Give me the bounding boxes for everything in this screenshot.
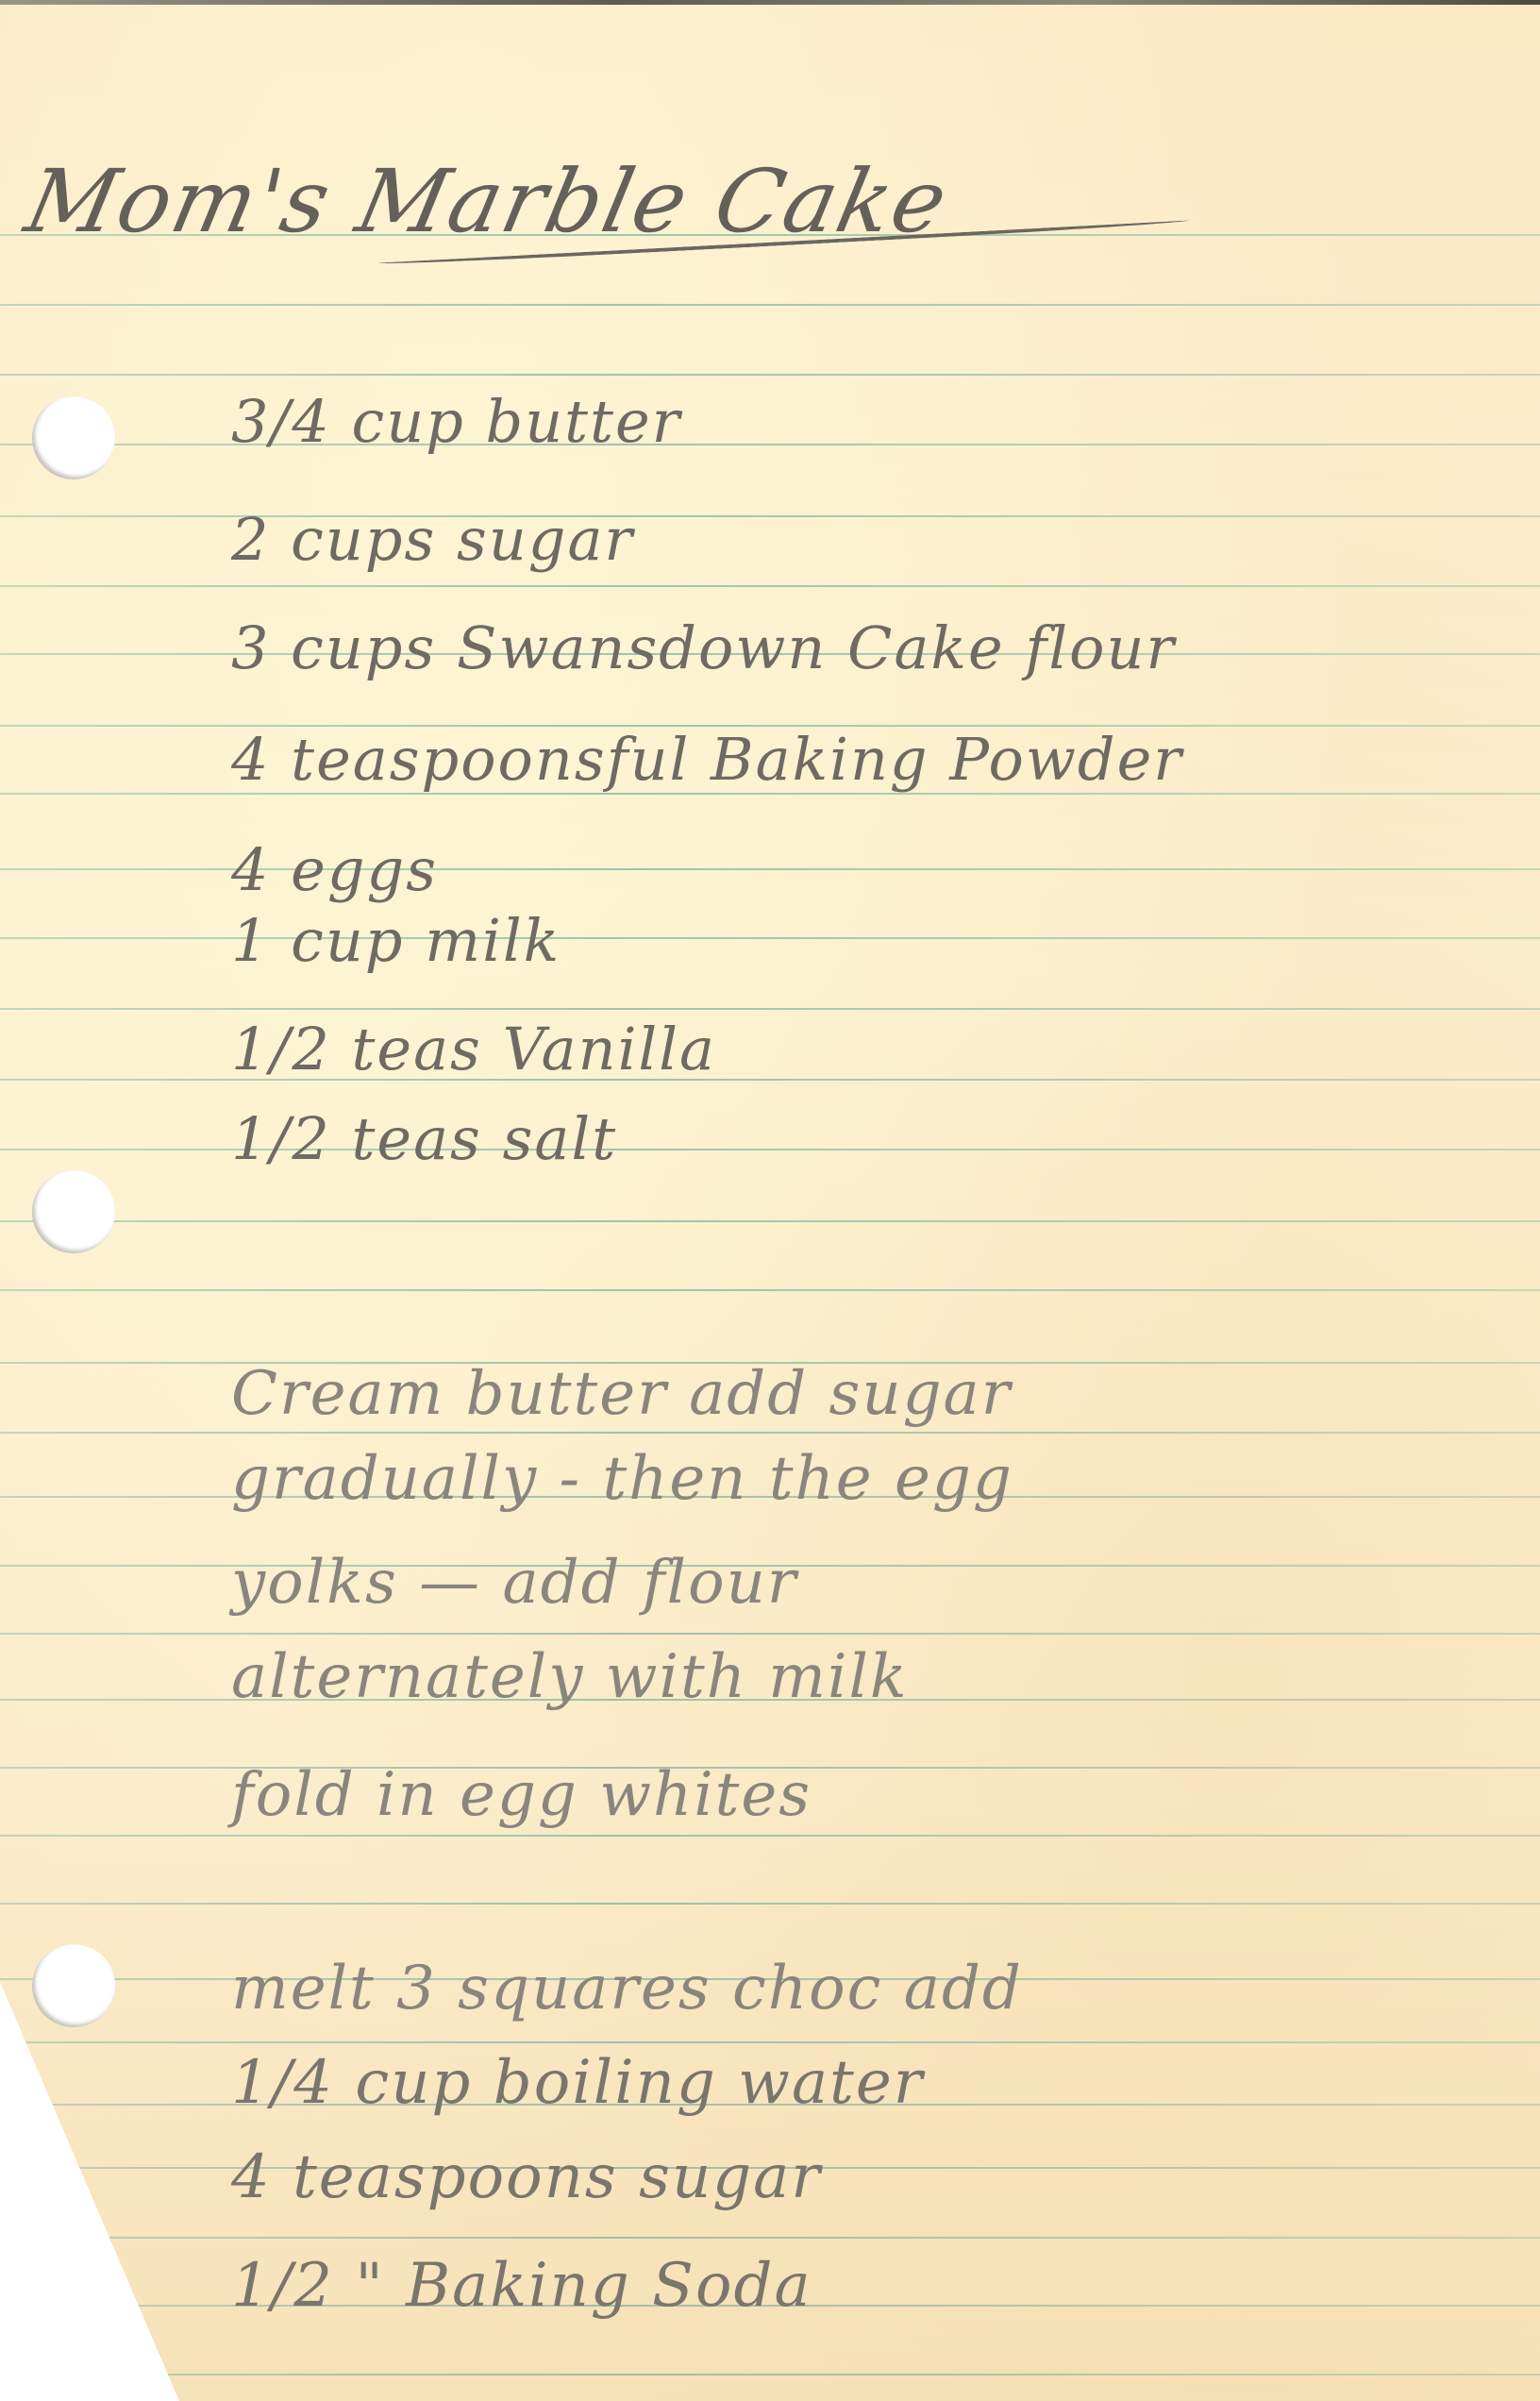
ruled-line bbox=[0, 1903, 1540, 1905]
ruled-line bbox=[0, 2237, 1540, 2239]
ingredient-line: 3 cups Swansdown Cake flour bbox=[231, 613, 1176, 682]
ingredient-line: 1/2 teas Vanilla bbox=[231, 1015, 716, 1083]
instruction-line: alternately with milk bbox=[231, 1642, 909, 1712]
punch-hole bbox=[32, 1170, 115, 1253]
instruction-line: fold in egg whites bbox=[231, 1760, 812, 1830]
ruled-line bbox=[0, 2041, 1540, 2043]
ruled-line bbox=[0, 585, 1540, 587]
instruction-line: Cream butter add sugar bbox=[231, 1359, 1012, 1429]
ruled-line bbox=[0, 1633, 1540, 1635]
ruled-line bbox=[0, 1835, 1540, 1837]
ingredient-line: 1/2 teas salt bbox=[231, 1104, 617, 1173]
ruled-line bbox=[0, 1432, 1540, 1434]
ruled-line bbox=[0, 304, 1540, 306]
ingredient-line: 4 eggs bbox=[231, 835, 438, 904]
ruled-line bbox=[0, 2374, 1540, 2376]
chocolate-line: melt 3 squares choc add bbox=[231, 1954, 1023, 2023]
instruction-line: gradually - then the egg bbox=[231, 1444, 1013, 1514]
recipe-card: Mom's Marble Cake 3/4 cup butter 2 cups … bbox=[0, 0, 1540, 2401]
ingredient-line: 3/4 cup butter bbox=[231, 387, 681, 456]
ingredient-line: 2 cups sugar bbox=[231, 505, 634, 574]
ruled-line bbox=[0, 1289, 1540, 1291]
chocolate-line: 4 teaspoons sugar bbox=[231, 2142, 822, 2212]
ingredient-line: 1 cup milk bbox=[231, 906, 561, 975]
chocolate-line: 1/2 " Baking Soda bbox=[231, 2251, 812, 2321]
instruction-line: yolks — add flour bbox=[231, 1548, 797, 1618]
ruled-line bbox=[0, 1220, 1540, 1222]
ruled-line bbox=[0, 1008, 1540, 1010]
chocolate-line: 1/4 cup boiling water bbox=[231, 2048, 924, 2118]
ruled-line bbox=[0, 374, 1540, 376]
ingredient-line: 4 teaspoonsful Baking Powder bbox=[231, 725, 1183, 794]
punch-hole bbox=[32, 1944, 115, 2027]
paper-top-edge bbox=[0, 0, 1540, 5]
punch-hole bbox=[32, 396, 115, 479]
